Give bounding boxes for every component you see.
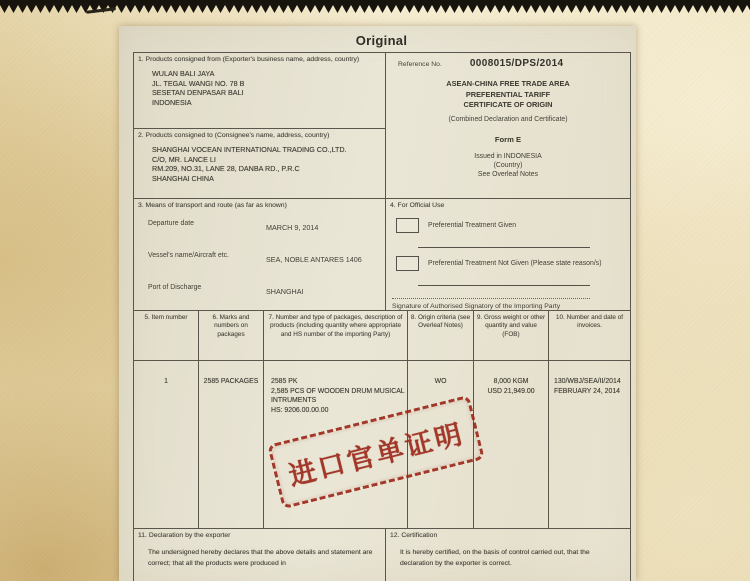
checkbox-preferential-given <box>396 218 419 233</box>
col-header-origin-criteria: 8. Origin criteria (see Overleaf Notes) <box>407 310 473 360</box>
col-header-invoices: 10. Number and date of invoices. <box>548 310 630 360</box>
item-number-value: 1 <box>134 361 198 387</box>
exporter-line: WULAN BALI JAYA <box>152 69 385 78</box>
consignee-line: RM.209, NO.31, LANE 28, DANBA RD., P.R.C <box>152 164 385 173</box>
col-header-item-number: 5. Item number <box>133 310 198 360</box>
description-line: 2,585 PCS OF WOODEN DRUM MUSICAL <box>271 387 407 397</box>
checkbox-preferential-not-given <box>396 256 419 271</box>
invoice-line: FEBRUARY 24, 2014 <box>554 387 630 397</box>
box-certification-label: 12. Certification <box>386 529 630 540</box>
reference-number: 0008015/DPS/2014 <box>470 58 564 69</box>
description-line: 2585 PK <box>271 377 407 387</box>
box-consignee-label: 2. Products consigned to (Consignee's na… <box>134 129 385 140</box>
box-exporter-label: 1. Products consigned from (Exporter's b… <box>134 53 385 64</box>
issued-in: Issued in INDONESIA <box>386 153 630 160</box>
box-official-use: 4. For Official Use Preferential Treatme… <box>385 198 630 310</box>
declaration-text: The undersigned hereby declares that the… <box>148 548 379 568</box>
box-reference: Reference No. 0008015/DPS/2014 ASEAN-CHI… <box>385 52 630 198</box>
cell-invoices: 130/WBJ/SEA/II/2014 FEBRUARY 24, 2014 <box>548 360 630 528</box>
weight-line: 8,000 KGM <box>474 377 548 387</box>
invoice-line: 130/WBJ/SEA/II/2014 <box>554 377 630 387</box>
box-transport-label: 3. Means of transport and route (as far … <box>134 199 385 210</box>
departure-date-value: MARCH 9, 2014 <box>266 223 318 232</box>
port-discharge-label: Port of Discharge <box>148 284 201 291</box>
consignee-line: SHANGHAI CHINA <box>152 174 385 183</box>
description-value: 2585 PK 2,585 PCS OF WOODEN DRUM MUSICAL… <box>264 361 407 416</box>
col-header-description: 7. Number and type of packages, descript… <box>263 310 407 360</box>
box-consignee: 2. Products consigned to (Consignee's na… <box>133 128 385 198</box>
preferential-given-row: Preferential Treatment Given <box>396 218 630 242</box>
consignee-line: SHANGHAI VOCEAN INTERNATIONAL TRADING CO… <box>152 145 385 154</box>
certificate-subtitle: (Combined Declaration and Certificate) <box>386 116 630 123</box>
invoice-value: 130/WBJ/SEA/II/2014 FEBRUARY 24, 2014 <box>549 361 630 396</box>
country-label: (Country) <box>386 162 630 169</box>
vessel-name-label: Vessel's name/Aircraft etc. <box>148 252 229 259</box>
blank-line <box>418 285 590 286</box>
box-official-use-label: 4. For Official Use <box>386 199 630 210</box>
heading-line: ASEAN-CHINA FREE TRADE AREA <box>386 79 630 90</box>
box-declaration: 11. Declaration by the exporter The unde… <box>133 528 385 581</box>
heading-line: CERTIFICATE OF ORIGIN <box>386 100 630 111</box>
consignee-line: C/O, MR. LANCE LI <box>152 155 385 164</box>
origin-criteria-value: WO <box>408 361 473 387</box>
preferential-given-label: Preferential Treatment Given <box>428 222 516 229</box>
blank-line <box>418 247 590 248</box>
reference-row: Reference No. 0008015/DPS/2014 <box>398 58 630 69</box>
col-header-text: 10. Number and date of invoices. <box>549 311 630 334</box>
overleaf-note: See Overleaf Notes <box>386 171 630 178</box>
exporter-line: INDONESIA <box>152 98 385 107</box>
port-discharge-value: SHANGHAI <box>266 287 304 296</box>
col-header-text: 9. Gross weight or other quantity and va… <box>474 311 548 342</box>
col-header-marks: 6. Marks and numbers on packages <box>198 310 263 360</box>
consignee-address: SHANGHAI VOCEAN INTERNATIONAL TRADING CO… <box>152 145 385 182</box>
box-declaration-label: 11. Declaration by the exporter <box>134 529 385 540</box>
transport-row: Departure date MARCH 9, 2014 <box>148 220 385 242</box>
col-header-text: 6. Marks and numbers on packages <box>199 311 263 342</box>
exporter-address: WULAN BALI JAYA JL. TEGAL WANGI NO. 78 B… <box>152 69 385 106</box>
cell-item-number: 1 <box>133 360 198 528</box>
certification-text: It is hereby certified, on the basis of … <box>400 548 624 568</box>
preferential-not-given-row: Preferential Treatment Not Given (Please… <box>396 256 630 280</box>
box-transport: 3. Means of transport and route (as far … <box>133 198 385 310</box>
exporter-line: JL. TEGAL WANGI NO. 78 B <box>152 79 385 88</box>
cell-gross-weight: 8,000 KGM USD 21,949.00 <box>473 360 548 528</box>
col-header-text: 5. Item number <box>134 311 198 325</box>
vessel-name-value: SEA, NOBLE ANTARES 1406 <box>266 255 362 264</box>
gross-weight-value: 8,000 KGM USD 21,949.00 <box>474 361 548 396</box>
document-title: Original <box>133 33 630 48</box>
transport-row: Port of Discharge SHANGHAI <box>148 284 385 306</box>
certificate-form: 1. Products consigned from (Exporter's b… <box>133 52 631 581</box>
col-header-gross-weight: 9. Gross weight or other quantity and va… <box>473 310 548 360</box>
preferential-not-given-label: Preferential Treatment Not Given (Please… <box>428 260 602 267</box>
box-certification: 12. Certification It is hereby certified… <box>385 528 630 581</box>
heading-line: PREFERENTIAL TARIFF <box>386 90 630 101</box>
description-line: INTRUMENTS <box>271 396 407 406</box>
box-exporter: 1. Products consigned from (Exporter's b… <box>133 52 385 128</box>
cell-marks: 2585 PACKAGES <box>198 360 263 528</box>
departure-date-label: Departure date <box>148 220 194 227</box>
exporter-line: SESETAN DENPASAR BALI <box>152 88 385 97</box>
certificate-heading: ASEAN-CHINA FREE TRADE AREA PREFERENTIAL… <box>386 79 630 111</box>
col-header-text: 7. Number and type of packages, descript… <box>264 311 407 342</box>
signature-dotted-line <box>392 298 590 299</box>
form-e-label: Form E <box>386 135 630 144</box>
weight-line: USD 21,949.00 <box>474 387 548 397</box>
col-header-text: 8. Origin criteria (see Overleaf Notes) <box>408 311 473 334</box>
reference-label: Reference No. <box>398 61 442 68</box>
marks-value: 2585 PACKAGES <box>199 361 263 387</box>
transport-row: Vessel's name/Aircraft etc. SEA, NOBLE A… <box>148 252 385 274</box>
